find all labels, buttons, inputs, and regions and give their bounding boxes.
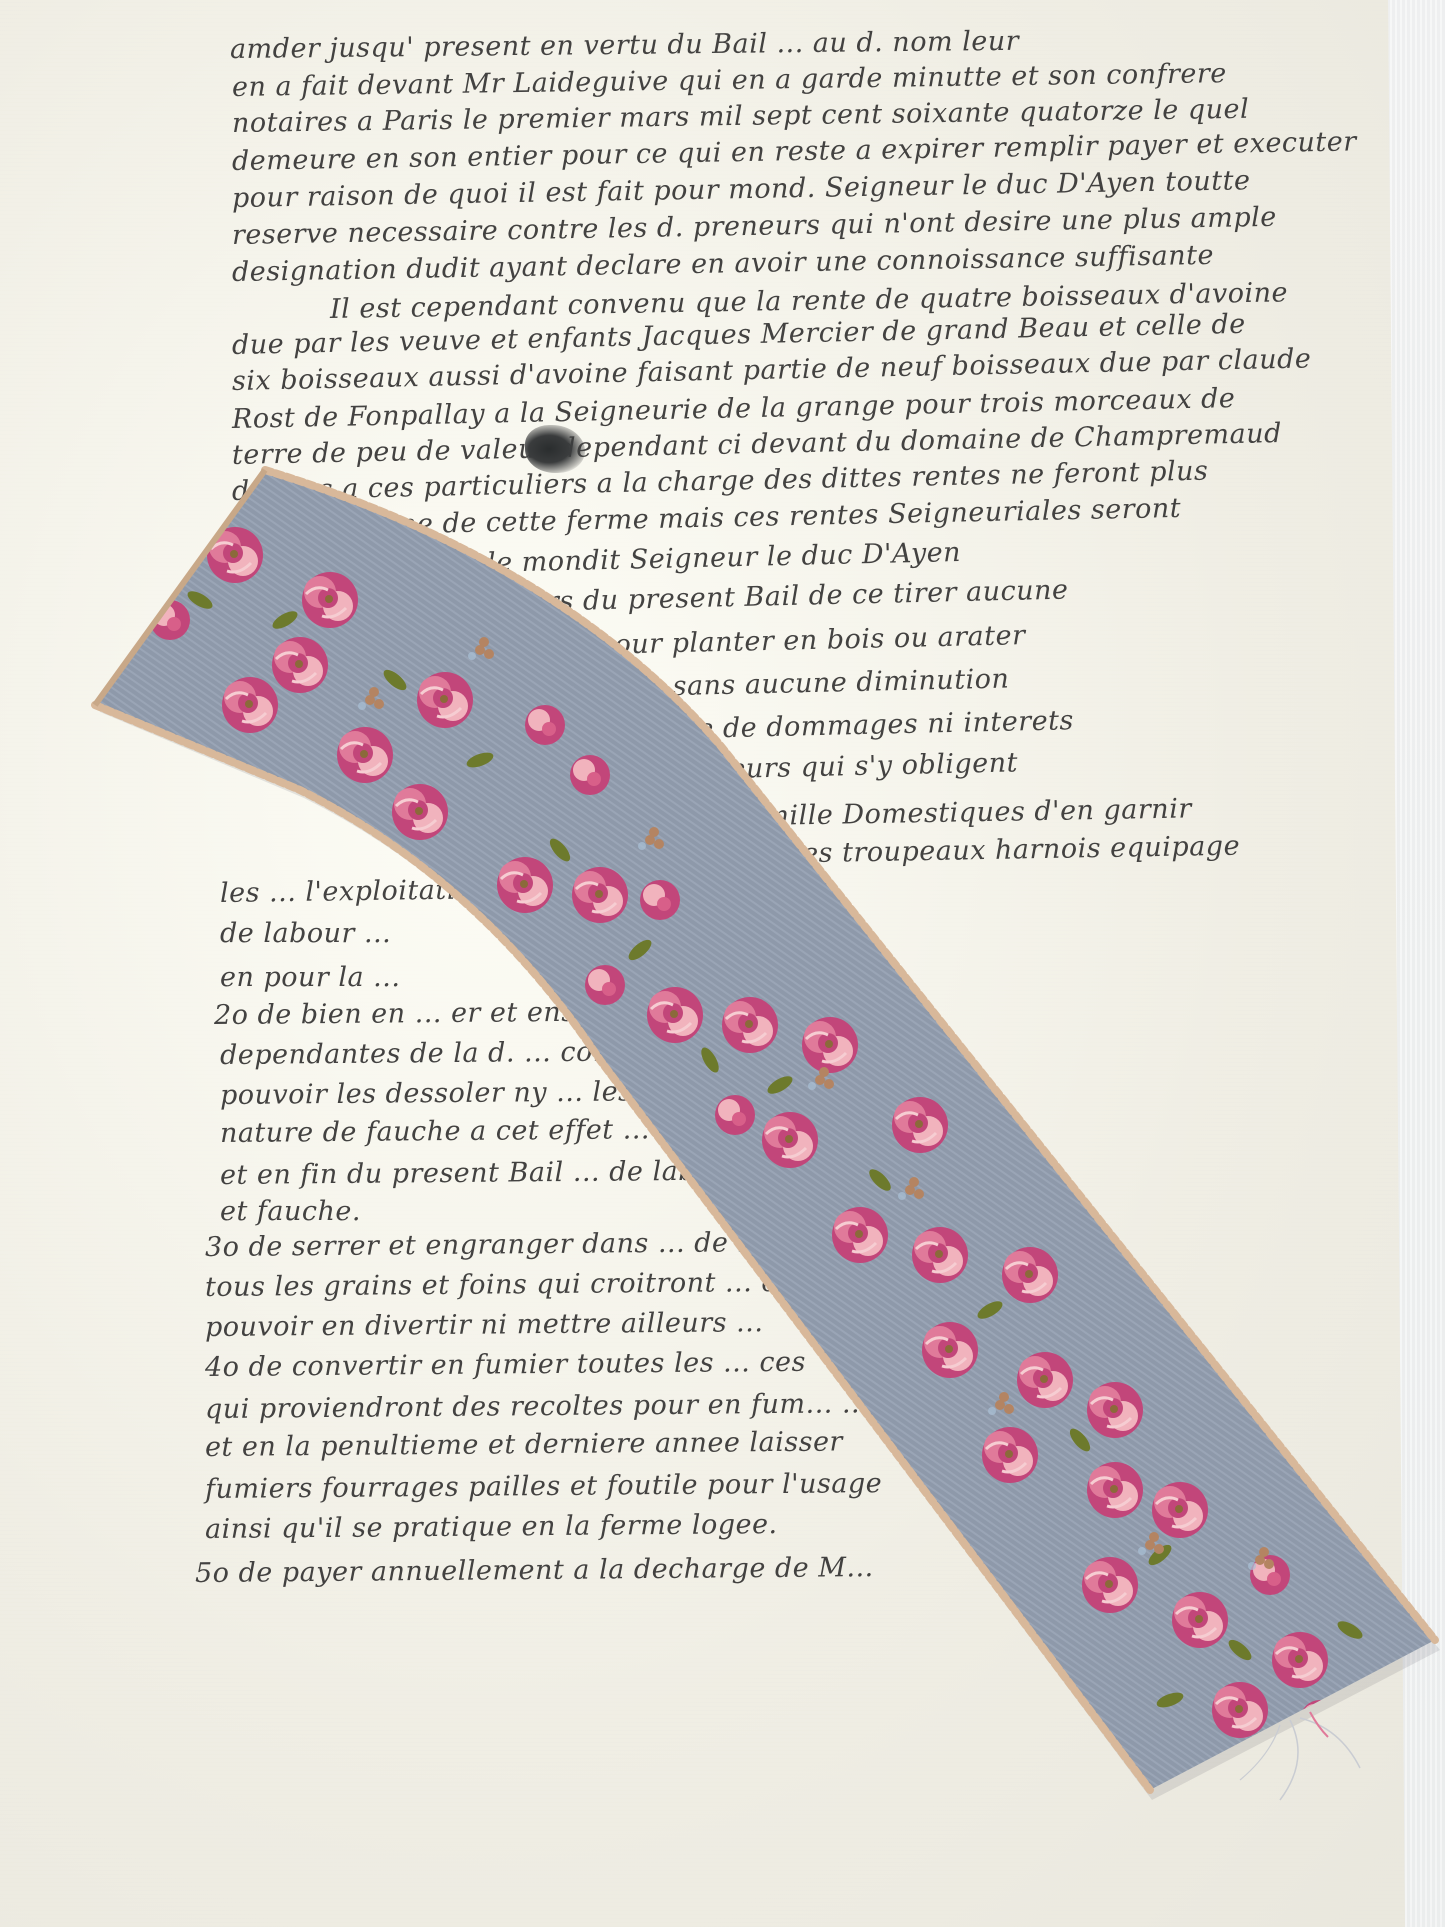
manuscript-line: amder jusqu' present en vertu du Bail ..… — [230, 26, 1019, 65]
manuscript-line: pouvoir en divertir ni mettre ailleurs .… — [205, 1307, 764, 1343]
manuscript-text: amder jusqu' present en vertu du Bail ..… — [0, 0, 1445, 1927]
manuscript-line: ... pouvoir pretendre de dommages ni int… — [420, 705, 1075, 751]
manuscript-line: nature de fauche a cet effet ... repandr… — [220, 1111, 1008, 1149]
manuscript-line: les ... l'exploitation de la d. ferme — [220, 871, 697, 909]
manuscript-line: ... domaine soit pour planter en bois ou… — [370, 620, 1026, 666]
manuscript-line: 2o de bien en ... er et ensemencer les t… — [214, 995, 842, 1031]
manuscript-line: et en la penultieme et derniere annee la… — [205, 1426, 843, 1463]
manuscript-line: ainsi qu'il se pratique en la ferme loge… — [205, 1509, 778, 1545]
manuscript-line: de labour ... — [220, 918, 391, 949]
manuscript-line: ... le jugera a propos sans aucune dimin… — [370, 663, 1010, 709]
manuscript-line: qui proviendront des recoltes pour en fu… — [205, 1388, 869, 1425]
manuscript-line: et en fin du present Bail ... de labour … — [220, 1154, 899, 1191]
manuscript-line: 5o de payer annuellement a la decharge d… — [195, 1552, 874, 1589]
manuscript-line: fumiers fourrages pailles et foutile pou… — [205, 1468, 882, 1505]
manuscript-line: ... pendant le cours du present Bail de … — [300, 575, 1069, 623]
manuscript-line: tous les grains et foins qui croitront .… — [205, 1266, 881, 1303]
manuscript-line: dependantes de la d. ... convenables san… — [220, 1035, 808, 1071]
manuscript-line: en pour la ... — [220, 962, 400, 993]
manuscript-line: 3o de serrer et engranger dans ... de la… — [205, 1226, 892, 1263]
manuscript-line: ... famille Domestiques d'en garnir — [700, 793, 1192, 833]
manuscript-line: 4o de convertir en fumier toutes les ...… — [205, 1347, 806, 1383]
manuscript-line: ... vaches troupeaux harnois equipage — [700, 831, 1241, 871]
manuscript-line: ... au proffit de mondit Seigneur le duc… — [300, 537, 962, 583]
manuscript-line: et fauche. — [220, 1196, 361, 1227]
manuscript-line: ... par les dits preneurs qui s'y oblige… — [460, 747, 1019, 791]
manuscript-line: pouvoir les dessoler ny ... les pres net… — [220, 1074, 943, 1111]
